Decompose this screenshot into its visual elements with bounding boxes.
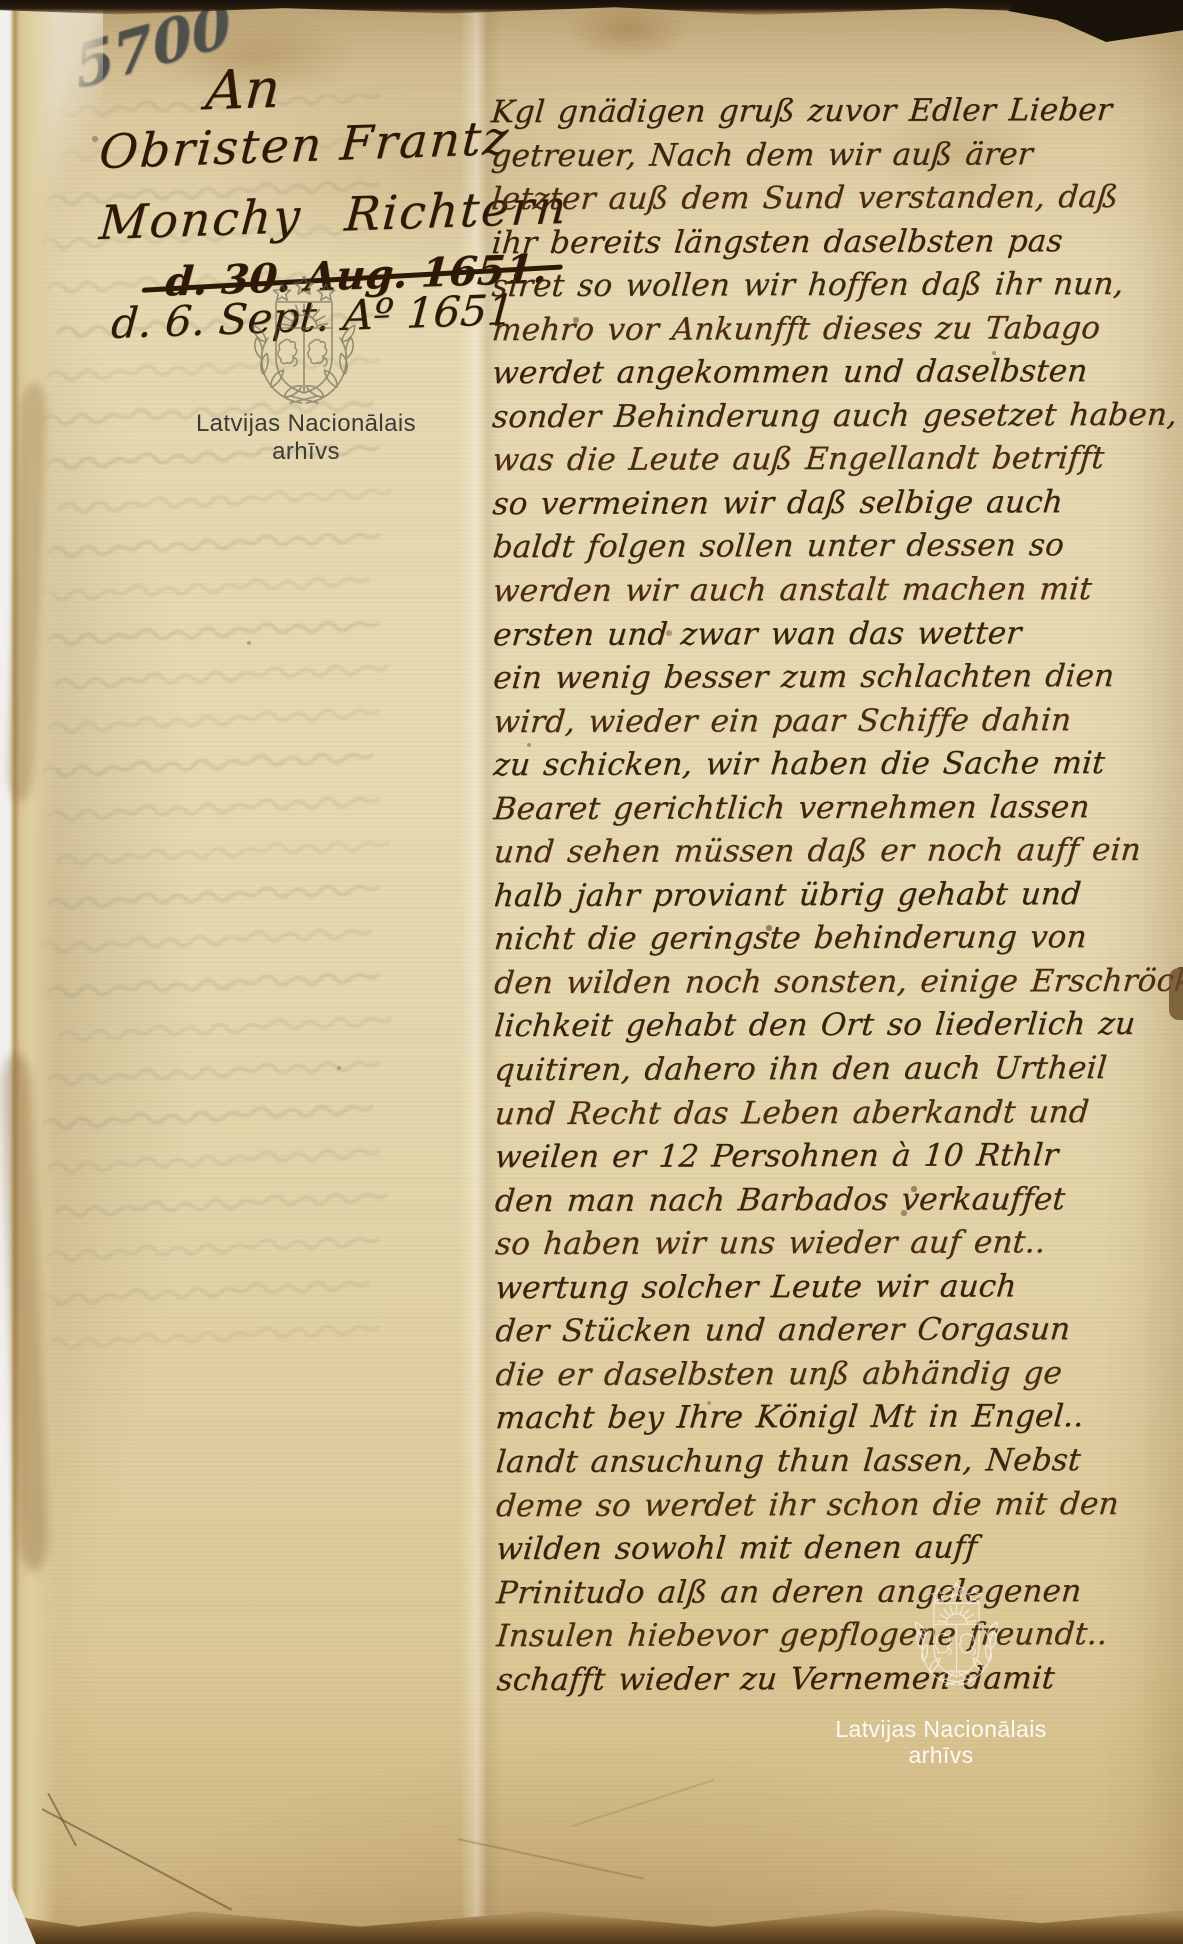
letter-line: werden wir auch anstalt machen mit bbox=[491, 568, 1183, 614]
letter-line: macht bey Ihre Königl Mt in Engel.. bbox=[494, 1395, 1183, 1441]
paper-crease-2 bbox=[571, 1779, 714, 1827]
archive-watermark-name2-top: arhīvs bbox=[176, 438, 436, 466]
stained-bottom-edge bbox=[8, 1886, 1183, 1944]
coat-of-arms-watermark-bottom bbox=[908, 1582, 1005, 1689]
address-salutation: An bbox=[204, 57, 282, 123]
aged-paper-page: 5700 An Obristen Frantz Monchy Richtern … bbox=[8, 2, 1183, 1944]
letter-line: wilden sowohl mit denen auff bbox=[494, 1526, 1183, 1572]
letter-line: ein wenig besser zum schlachten dien bbox=[491, 655, 1183, 701]
letter-line: der Stücken und anderer Corgasun bbox=[494, 1308, 1183, 1354]
archive-watermark-name2-bottom: arhīvs bbox=[811, 1742, 1071, 1769]
letter-line: werdet angekommen und daselbsten bbox=[490, 350, 1183, 396]
letter-line: Prinitudo alß an deren angelegenen bbox=[495, 1569, 1183, 1615]
letter-line: weilen er 12 Persohnen à 10 Rthlr bbox=[493, 1134, 1183, 1180]
letter-line: ihr bereits längsten daselbsten pas bbox=[490, 219, 1183, 265]
letter-line: schafft wieder zu Vernemen damit bbox=[495, 1656, 1183, 1702]
paper-crack bbox=[42, 1808, 233, 1911]
letter-line: und sehen müssen daß er noch auff ein bbox=[492, 829, 1183, 875]
torn-left-edge bbox=[8, 2, 58, 1944]
letter-line: baldt folgen sollen unter dessen so bbox=[491, 524, 1183, 570]
archive-watermark-name-top: Latvijas Nacionālais bbox=[176, 410, 436, 438]
letter-line: wird, wieder ein paar Schiffe dahin bbox=[492, 698, 1183, 744]
letter-line: mehro vor Ankunfft dieses zu Tabago bbox=[490, 307, 1183, 353]
letter-line: wertung solcher Leute wir auch bbox=[494, 1265, 1183, 1311]
letter-line: was die Leute auß Engellandt betrifft bbox=[491, 437, 1183, 483]
letter-line: halb jahr proviant übrig gehabt und bbox=[492, 873, 1183, 919]
letter-line: landt ansuchung thun lassen, Nebst bbox=[494, 1439, 1183, 1485]
letter-line: letzter auß dem Sund verstanden, daß bbox=[490, 176, 1183, 222]
letter-line: nicht die geringste behinderung von bbox=[492, 916, 1183, 962]
letter-line: Insulen hiebevor gepflogene freundt.. bbox=[495, 1613, 1183, 1659]
coat-of-arms-watermark-top bbox=[244, 276, 364, 408]
manuscript-scan: 5700 An Obristen Frantz Monchy Richtern … bbox=[0, 0, 1183, 1944]
letter-line: zu schicken, wir haben die Sache mit bbox=[492, 742, 1183, 788]
letter-line: lichkeit gehabt den Ort so liederlich zu bbox=[493, 1003, 1183, 1049]
letter-line: die er daselbsten unß abhändig ge bbox=[494, 1352, 1183, 1398]
letter-line: so vermeinen wir daß selbige auch bbox=[491, 481, 1183, 527]
letter-body: Kgl gnädigen gruß zuvor Edler Liebergetr… bbox=[491, 89, 1183, 1703]
letter-line: getreuer, Nach dem wir auß ärer bbox=[490, 132, 1183, 178]
letter-line: siret so wollen wir hoffen daß ihr nun, bbox=[490, 263, 1183, 309]
letter-line: den wilden noch sonsten, einige Erschröc… bbox=[492, 960, 1183, 1006]
letter-line: den man nach Barbados verkauffet bbox=[493, 1177, 1183, 1223]
letter-line: deme so werdet ihr schon die mit den bbox=[494, 1482, 1183, 1528]
letter-line: und Recht das Leben aberkandt und bbox=[493, 1090, 1183, 1136]
right-edge-notch bbox=[1169, 968, 1183, 1020]
letter-line: sonder Behinderung auch gesetzet haben, bbox=[491, 394, 1183, 440]
letter-line: quitiren, dahero ihn den auch Urtheil bbox=[493, 1047, 1183, 1093]
archive-watermark-name-bottom: Latvijas Nacionālais bbox=[811, 1716, 1071, 1743]
letter-line: Bearet gerichtlich vernehmen lassen bbox=[492, 786, 1183, 832]
letter-line: ersten und zwar wan das wetter bbox=[491, 611, 1183, 657]
letter-line: Kgl gnädigen gruß zuvor Edler Lieber bbox=[489, 89, 1183, 135]
letter-line: so haben wir uns wieder auf ent.. bbox=[493, 1221, 1183, 1267]
